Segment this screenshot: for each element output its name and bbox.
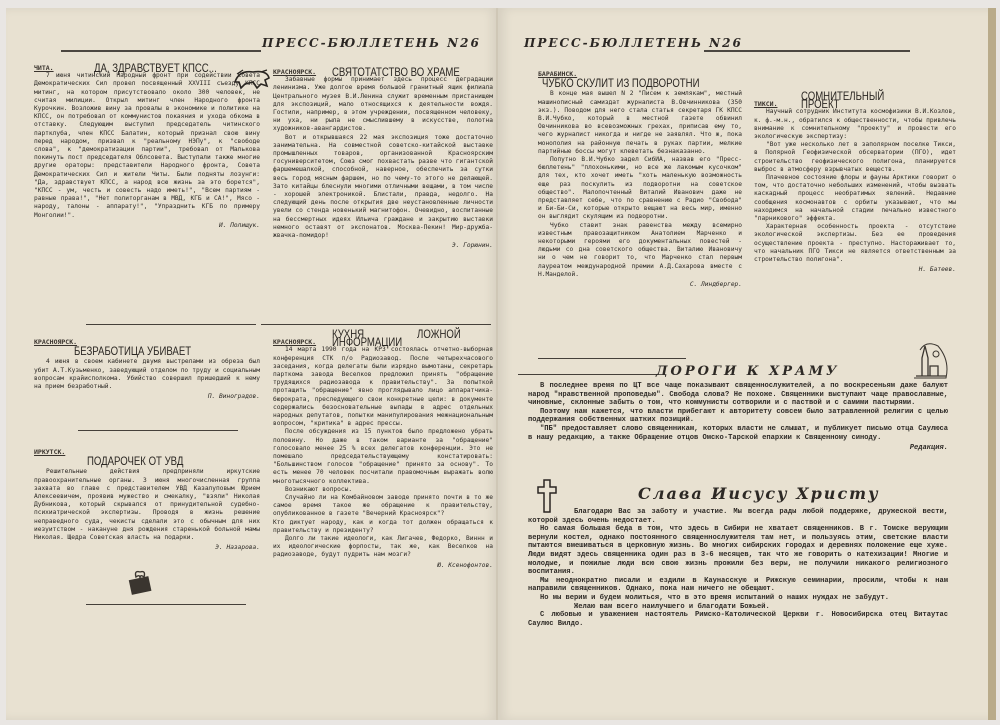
article-body: Научный сотрудник Института космофизики … <box>754 108 956 141</box>
article-body: Но мы верим и будем молиться, что в это … <box>528 594 948 603</box>
masthead-rule <box>61 50 261 52</box>
headline: ЧУБКО СКУЛИТ ИЗ ПОДВОРОТНИ <box>542 79 700 87</box>
article-body: В последнее время по ЦТ все чаще показыв… <box>528 382 948 408</box>
church-stamp-icon <box>908 340 952 382</box>
article-sacrilege: КРАСНОЯРСК. СВЯТОТАТСТВО ВО ХРАМЕ Забавн… <box>273 68 493 250</box>
article-body: "Вот уже несколько лет в заполярном посе… <box>754 141 956 174</box>
divider <box>538 358 686 359</box>
signature: Э. Горюнин. <box>273 242 493 250</box>
article-temple: В последнее время по ЦТ все чаще показыв… <box>528 382 948 453</box>
article-body: Возникают вопросы. <box>273 486 493 494</box>
masthead-left: ПРЕСС-БЮЛЛЕТЕНЬ N26 <box>262 36 481 50</box>
article-body: Благодарю Вас за заботу и участие. Мы вс… <box>528 508 948 525</box>
divider <box>518 374 658 375</box>
article-body: В конце мая вышел N 2 "Писем к землякам"… <box>538 90 742 156</box>
article-chita: ЧИТА. ДА, ЗДРАВСТВУЕТ КПСС... 7 июня чит… <box>34 64 260 230</box>
article-body: Случайно ли на Комбайновом заводе принят… <box>273 494 493 519</box>
signature: П. Виноградов. <box>34 393 260 401</box>
article-body: Но самая большая беда в том, что здесь в… <box>528 525 948 577</box>
article-body: Характерная особенность проекта - отсутс… <box>754 223 956 264</box>
article-body: 14 марта 1990 года на КРЗ состоялась отч… <box>273 346 493 428</box>
article-body: Мы неоднократно писали и ездили в Каунас… <box>528 577 948 594</box>
location-label: КРАСНОЯРСК. <box>34 338 77 346</box>
article-body: "ПБ" предоставляет слово священникам, ко… <box>528 425 948 442</box>
gift-box-icon <box>126 568 156 596</box>
article-body: Плачевное состояние флоры и фауны Арктик… <box>754 174 956 223</box>
article-body: После обсуждения из 15 пунктов было пред… <box>273 428 493 485</box>
article-kitchen: КРАСНОЯРСК. КУХНЯ ЛОЖНОЙ ИНФОРМАЦИИ 14 м… <box>273 330 493 570</box>
divider <box>86 604 246 605</box>
article-body: Поэтому нам кажется, что власти прибегаю… <box>528 408 948 425</box>
signature: Н. Батеев. <box>754 266 956 274</box>
masthead-right: ПРЕСС-БЮЛЛЕТЕНЬ N26 <box>524 36 743 50</box>
article-tiksi: ТИКСИ. СОМНИТЕЛЬНЫЙ ПРОЕКТ Научный сотру… <box>754 92 956 274</box>
signature: Ю. Ксенофонтов. <box>273 562 493 570</box>
location-label: КРАСНОЯРСК. <box>273 68 316 76</box>
page-edge <box>988 8 996 720</box>
signature: С. Линдбергер. <box>538 281 742 289</box>
divider <box>261 324 491 325</box>
article-body: 4 июня в своем кабинете двумя выстрелами… <box>34 358 260 391</box>
headline: СОМНИТЕЛЬНЫЙ ПРОЕКТ <box>801 92 925 108</box>
article-body: Чубко ставит знак равенства между всемир… <box>538 222 742 279</box>
headline-temple: ДОРОГИ К ХРАМУ <box>656 364 840 379</box>
headline-letter: Слава Иисусу Христу <box>638 484 880 503</box>
article-body: Долго ли такие идеологи, как Лигачев, Фе… <box>273 535 493 560</box>
signature: И. Полищук. <box>34 222 260 230</box>
article-body: Вот и открывшаяся 22 мая экспозиция тоже… <box>273 134 493 241</box>
signature: Э. Назарова. <box>34 544 260 552</box>
article-body: С любовью и уважением настоятель Римско-… <box>528 611 948 628</box>
headline: БЕЗРАБОТИЦА УБИВАЕТ <box>74 347 191 355</box>
article-irkutsk: ИРКУТСК. ПОДАРОЧЕК ОТ УВД Решительные де… <box>34 448 260 552</box>
article-body: 7 июня читинский Народный фронт при соде… <box>34 72 260 220</box>
masthead-rule <box>704 50 910 52</box>
article-body: Решительные действия предприняли иркутск… <box>34 468 260 542</box>
location-label: ИРКУТСК. <box>34 448 65 456</box>
newspaper-spread: ПРЕСС-БЮЛЛЕТЕНЬ N26 ЧИТА. ДА, ЗДРАВСТВУЕ… <box>6 8 994 720</box>
article-body: Кто диктует народу, как и когда тот долж… <box>273 519 493 535</box>
divider <box>86 324 256 325</box>
article-unemployment: КРАСНОЯРСК. БЕЗРАБОТИЦА УБИВАЕТ 4 июня в… <box>34 338 260 401</box>
right-page: ПРЕСС-БЮЛЛЕТЕНЬ N26 БАРАБИНСК. ЧУБКО СКУ… <box>498 8 994 720</box>
pig-icon <box>231 66 273 90</box>
location-label: ЧИТА. <box>34 64 54 72</box>
article-body: Желаю вам всего наилучшего и благодати Б… <box>528 603 948 612</box>
signature: Редакция. <box>528 444 948 453</box>
headline: СВЯТОТАТСТВО ВО ХРАМЕ <box>332 68 460 76</box>
divider <box>78 430 238 431</box>
left-page: ПРЕСС-БЮЛЛЕТЕНЬ N26 ЧИТА. ДА, ЗДРАВСТВУЕ… <box>6 8 498 720</box>
article-body: Попутно В.И.Чубко задел СибИА, назвав ег… <box>538 156 742 222</box>
article-body: Забавные формы принимает здесь процесс д… <box>273 76 493 133</box>
headline: ПОДАРОЧЕК ОТ УВД <box>87 457 183 465</box>
article-letter: Благодарю Вас за заботу и участие. Мы вс… <box>528 508 948 628</box>
headline: ДА, ЗДРАВСТВУЕТ КПСС... <box>94 64 217 72</box>
article-barabinsk: БАРАБИНСК. ЧУБКО СКУЛИТ ИЗ ПОДВОРОТНИ В … <box>538 70 742 289</box>
headline: КУХНЯ ЛОЖНОЙ ИНФОРМАЦИИ <box>332 330 461 346</box>
